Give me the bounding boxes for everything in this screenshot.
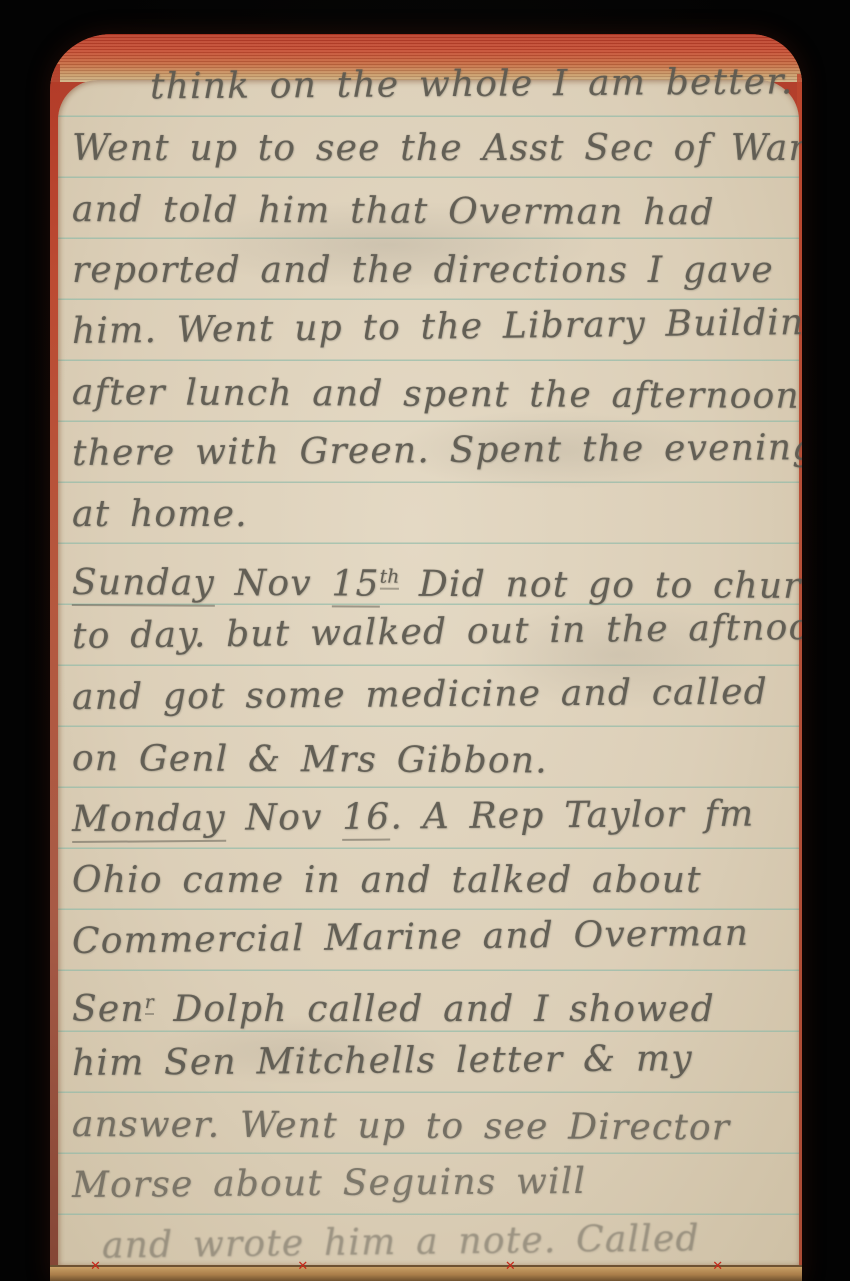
handwriting-line: after lunch and spent the afternoon (72, 361, 791, 426)
notebook-page: think on the whole I am better.Went up t… (50, 34, 802, 1281)
handwriting-text: Morse about Seguins will (72, 1161, 587, 1206)
handwriting-text: and got some medicine and called (72, 672, 768, 718)
handwriting-line: answer. Went up to see Director (72, 1093, 791, 1158)
handwriting-line: at home. (72, 483, 791, 544)
handwriting-text: th (380, 567, 400, 590)
handwriting-line: Senr Dolph called and I showed (72, 971, 791, 1032)
handwriting-text: there with Green. Spent the evening (72, 427, 802, 474)
binding-stitches: ✕ ✕ ✕ ✕ ✕ ✕ ✕ (90, 1259, 802, 1273)
handwriting-line: reported and the directions I gave (72, 239, 791, 300)
handwriting-text: Dolph called and I showed (154, 989, 715, 1030)
handwriting-text: Commercial Marine and Overman (72, 913, 750, 962)
handwriting-line: on Genl & Mrs Gibbon. (72, 727, 791, 792)
handwriting-text: . A Rep Taylor fm (390, 794, 754, 838)
handwriting-text: on Genl & Mrs Gibbon. (72, 738, 548, 781)
handwriting-text: to day. but walked out in the aftnoon (72, 607, 802, 657)
handwriting-line: Ohio came in and talked about (72, 849, 791, 910)
photo-backdrop: think on the whole I am better.Went up t… (0, 0, 850, 1281)
handwriting-line: and told him that Overman had (72, 178, 791, 243)
handwriting-text: him. Went up to the Library Building (72, 302, 802, 352)
handwriting-line: and got some medicine and called (72, 660, 791, 727)
handwriting-line: Commercial Marine and Overman (72, 901, 792, 971)
handwriting-text: Sen (72, 989, 145, 1030)
handwriting-line: him Sen Mitchells letter & my (72, 1026, 791, 1093)
date-heading-text: Sunday (72, 562, 215, 607)
handwriting-line: think on the whole I am better. (72, 50, 791, 117)
handwriting-text: r (145, 992, 154, 1015)
date-heading-text: Monday (72, 798, 226, 843)
handwriting-line: Monday Nov 16. A Rep Taylor fm (72, 782, 791, 849)
binding-strip: ✕ ✕ ✕ ✕ ✕ ✕ ✕ (50, 1265, 802, 1281)
date-heading-text: 16 (342, 796, 391, 840)
handwriting-lines: think on the whole I am better.Went up t… (72, 56, 791, 1276)
handwriting-text: after lunch and spent the afternoon (72, 372, 800, 417)
ruled-paper: think on the whole I am better.Went up t… (58, 80, 799, 1265)
handwriting-line: to day. but walked out in the aftnoon (72, 596, 792, 666)
handwriting-text: Nov (226, 797, 343, 839)
handwriting-text: Nov (215, 563, 332, 605)
handwriting-text: think on the whole I am better. (150, 61, 794, 107)
handwriting-text: at home. (72, 494, 248, 535)
handwriting-line: him. Went up to the Library Building (72, 291, 792, 361)
handwriting-text: and told him that Overman had (72, 189, 715, 233)
handwriting-text: reported and the directions I gave (72, 250, 774, 291)
handwriting-line: there with Green. Spent the evening (72, 416, 791, 483)
handwriting-text: answer. Went up to see Director (72, 1104, 730, 1148)
handwriting-line: Morse about Seguins will (72, 1148, 791, 1215)
handwriting-text: Ohio came in and talked about (72, 860, 702, 901)
handwriting-line: Went up to see the Asst Sec of War (72, 117, 791, 178)
handwriting-text: Went up to see the Asst Sec of War (72, 128, 802, 169)
handwriting-text: him Sen Mitchells letter & my (72, 1038, 693, 1084)
